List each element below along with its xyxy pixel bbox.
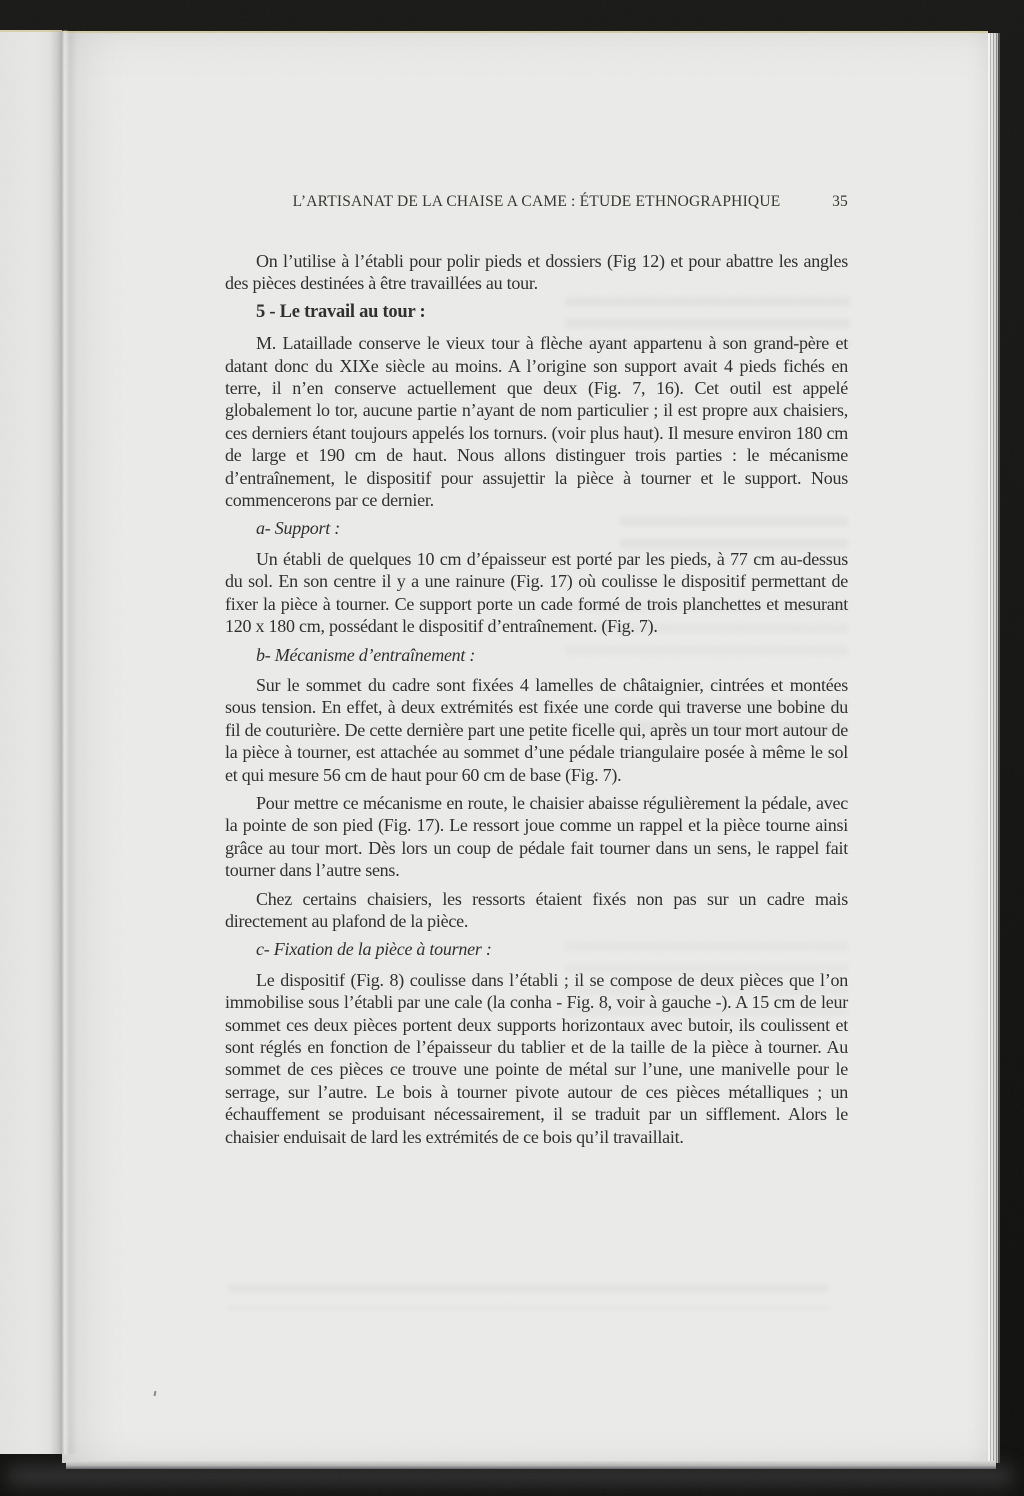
paragraph-mecanisme-description: Sur le sommet du cadre sont fixées 4 lam… xyxy=(225,674,848,786)
gutter-crease xyxy=(48,30,78,1454)
paper-speck xyxy=(154,1391,157,1396)
running-header-title: L’ARTISANAT DE LA CHAISE A CAME : ÉTUDE … xyxy=(293,192,781,212)
book-page: L’ARTISANAT DE LA CHAISE A CAME : ÉTUDE … xyxy=(62,31,988,1463)
book-scan: L’ARTISANAT DE LA CHAISE A CAME : ÉTUDE … xyxy=(0,0,1024,1496)
paragraph-support-description: Un établi de quelques 10 cm d’épaisseur … xyxy=(225,548,848,638)
page-edge-stack-right xyxy=(988,33,1000,1463)
section-heading-travail-au-tour: 5 - Le travail au tour : xyxy=(225,301,848,323)
subheading-c-fixation: c- Fixation de la pièce à tourner : xyxy=(225,938,848,960)
running-header: L’ARTISANAT DE LA CHAISE A CAME : ÉTUDE … xyxy=(225,192,848,212)
page-number: 35 xyxy=(832,192,848,212)
page-drop-shadow xyxy=(8,1467,1012,1485)
page-content: L’ARTISANAT DE LA CHAISE A CAME : ÉTUDE … xyxy=(225,192,848,1154)
ink-showthrough xyxy=(228,1284,828,1310)
paragraph-pedale-fonctionnement: Pour mettre ce mécanisme en route, le ch… xyxy=(225,792,848,882)
page-edge-stack-bottom xyxy=(66,1461,996,1469)
subheading-b-mecanisme: b- Mécanisme d’entraînement : xyxy=(225,644,848,666)
paragraph-dispositif-fixation: Le dispositif (Fig. 8) coulisse dans l’é… xyxy=(225,969,848,1148)
paragraph-polishing-at-bench: On l’utilise à l’établi pour polir pieds… xyxy=(225,250,848,295)
paragraph-lataillade-lathe: M. Lataillade conserve le vieux tour à f… xyxy=(225,332,848,511)
subheading-a-support: a- Support : xyxy=(225,517,848,539)
paragraph-ressorts-plafond: Chez certains chaisiers, les ressorts ét… xyxy=(225,888,848,933)
